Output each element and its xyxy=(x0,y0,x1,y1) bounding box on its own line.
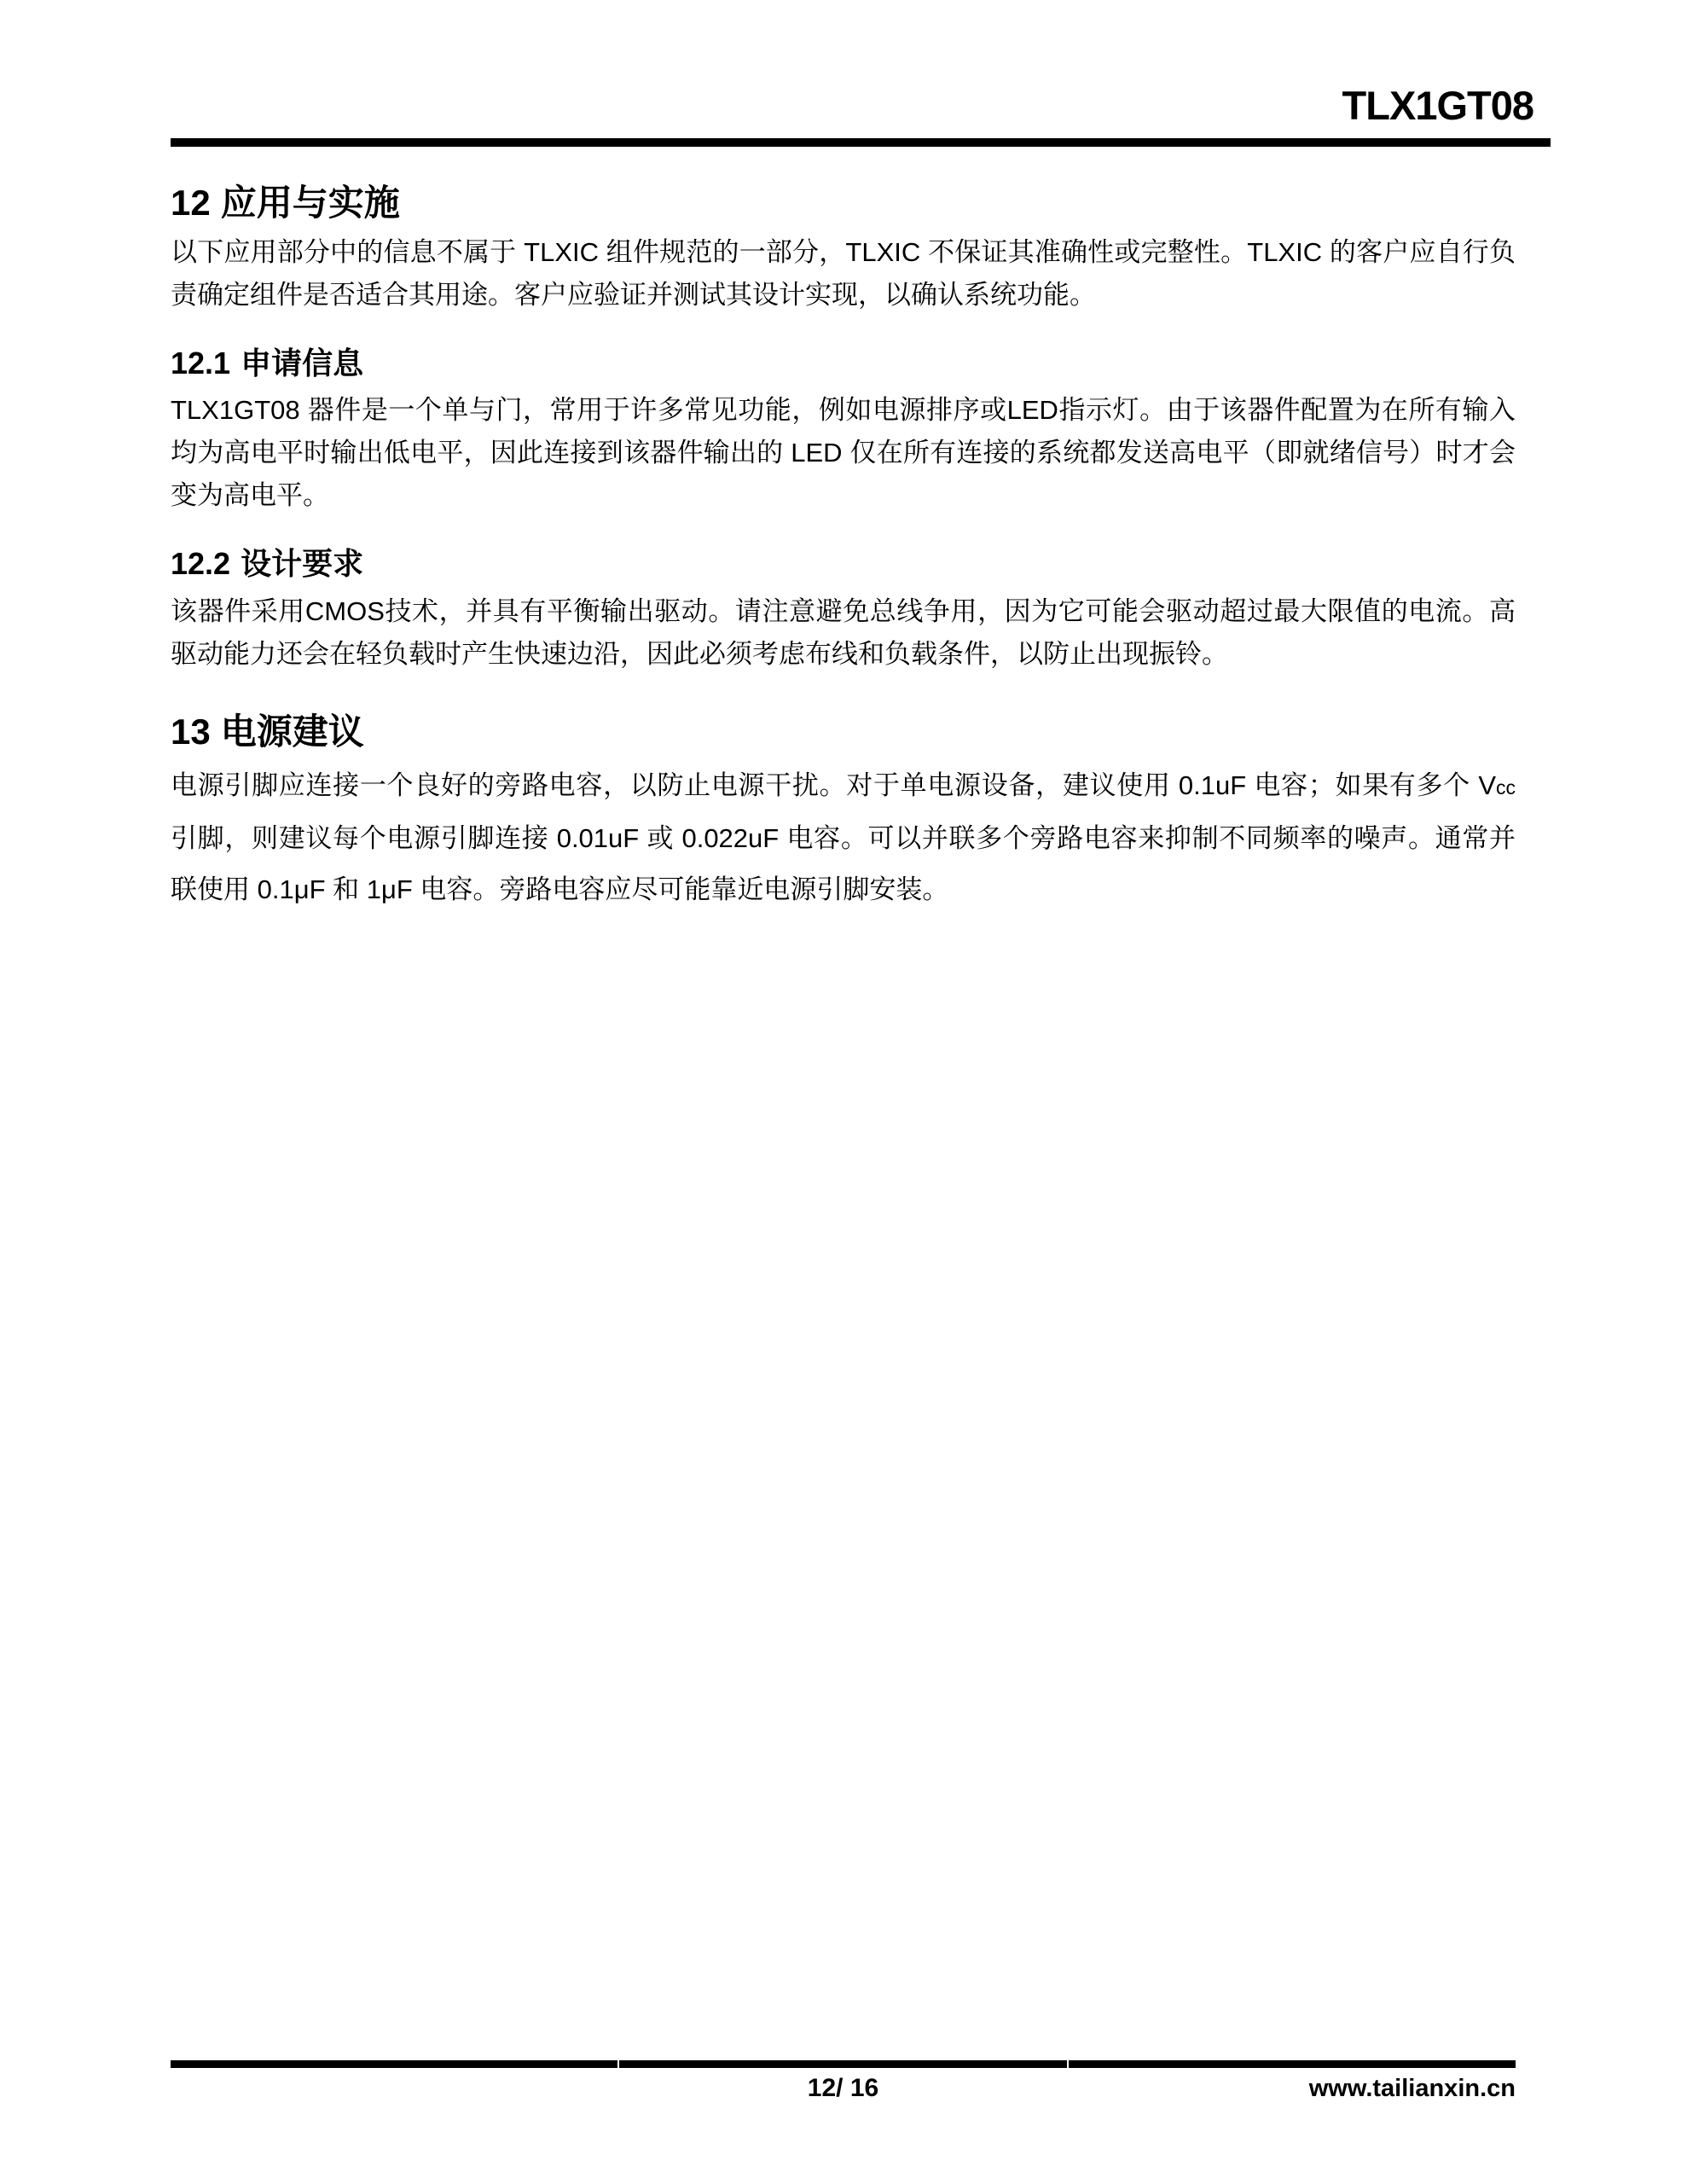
section-heading-12-2: 12.2设计要求 xyxy=(171,546,1516,581)
page-footer: 12/ 16 www.tailianxin.cn xyxy=(171,2060,1516,2103)
section-number: 12 xyxy=(171,183,211,223)
section-paragraph-12-2: 该器件采用CMOS技术，并具有平衡输出驱动。请注意避免总线争用，因为它可能会驱动… xyxy=(171,590,1516,676)
footer-rule xyxy=(171,2060,1516,2068)
section-applications: 12应用与实施 以下应用部分中的信息不属于 TLXIC 组件规范的一部分，TLX… xyxy=(171,183,1516,317)
section-paragraph-12: 以下应用部分中的信息不属于 TLXIC 组件规范的一部分，TLXIC 不保证其准… xyxy=(171,231,1516,317)
vcc-symbol: V xyxy=(1478,770,1496,800)
section-title: 电源建议 xyxy=(221,712,364,752)
page-number: 12/ 16 xyxy=(808,2074,878,2103)
footer-row: 12/ 16 www.tailianxin.cn xyxy=(171,2074,1516,2103)
section-design-requirements: 12.2设计要求 该器件采用CMOS技术，并具有平衡输出驱动。请注意避免总线争用… xyxy=(171,546,1516,675)
footer-rule-segment xyxy=(619,2060,1066,2068)
section-heading-12-1: 12.1申请信息 xyxy=(171,346,1516,380)
page-title: TLX1GT08 xyxy=(0,0,1687,125)
section-title: 申请信息 xyxy=(241,346,363,380)
section-paragraph-12-1: TLX1GT08 器件是一个单与门，常用于许多常见功能，例如电源排序或LED指示… xyxy=(171,389,1516,517)
section-heading-12: 12应用与实施 xyxy=(171,183,1516,223)
header-rule xyxy=(171,138,1551,147)
website-link[interactable]: www.tailianxin.cn xyxy=(878,2075,1516,2103)
section-title: 设计要求 xyxy=(241,546,363,581)
section-paragraph-13: 电源引脚应连接一个良好的旁路电容，以防止电源干扰。对于单电源设备，建议使用 0.… xyxy=(171,760,1516,915)
section-number: 13 xyxy=(171,712,211,752)
vcc-subscript: cc xyxy=(1496,776,1516,799)
document-body: 12应用与实施 以下应用部分中的信息不属于 TLXIC 组件规范的一部分，TLX… xyxy=(171,183,1516,915)
section-power-recommendations: 13电源建议 电源引脚应连接一个良好的旁路电容，以防止电源干扰。对于单电源设备，… xyxy=(171,712,1516,915)
section-application-info: 12.1申请信息 TLX1GT08 器件是一个单与门，常用于许多常见功能，例如电… xyxy=(171,346,1516,517)
paragraph-text: 电源引脚应连接一个良好的旁路电容，以防止电源干扰。对于单电源设备，建议使用 0.… xyxy=(171,770,1478,800)
section-heading-13: 13电源建议 xyxy=(171,712,1516,752)
section-number: 12.2 xyxy=(171,546,230,581)
footer-rule-segment xyxy=(1069,2060,1516,2068)
section-number: 12.1 xyxy=(171,346,230,380)
paragraph-text: 引脚，则建议每个电源引脚连接 0.01uF 或 0.022uF 电容。可以并联多… xyxy=(171,823,1516,904)
section-title: 应用与实施 xyxy=(221,183,400,223)
page-header: TLX1GT08 xyxy=(0,0,1687,147)
footer-rule-segment xyxy=(171,2060,617,2068)
datasheet-page: TLX1GT08 12应用与实施 以下应用部分中的信息不属于 TLXIC 组件规… xyxy=(0,0,1687,2184)
